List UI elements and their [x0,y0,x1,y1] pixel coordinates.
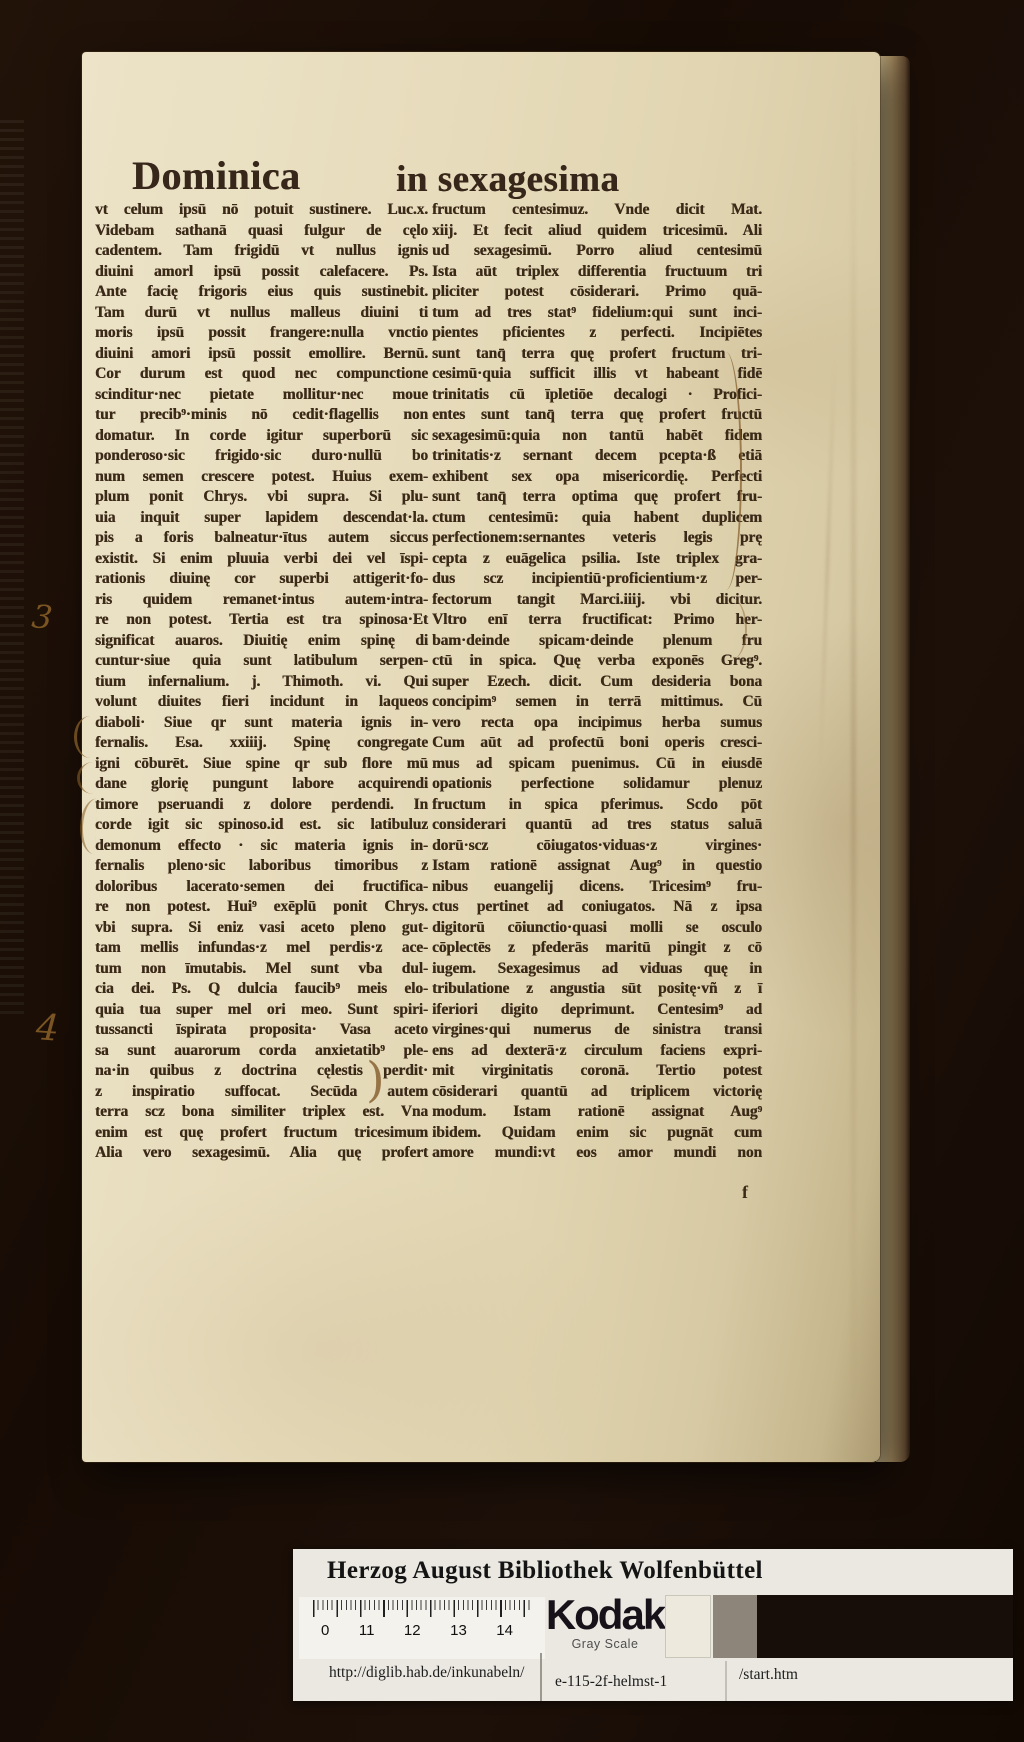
text-line: dorū·scz cōiugatos·viduas·z virgines· [432,836,762,857]
text-line: rationis diuinę cor superbi attigerit·fo… [95,569,428,590]
divider [540,1653,542,1701]
text-line: ud sexagesimū. Porro aliud centesimū [432,241,762,262]
page-crease [852,92,855,1412]
text-line: ris quidem remanet·intus autem·intra- [95,590,428,611]
text-line: Ista aūt triplex differentia fructuum tr… [432,262,762,283]
text-line: virgines·qui numerus de sinistra transi [432,1020,762,1041]
text-line: scinditur·nec pietate mollitur·nec moue [95,385,428,406]
text-line: pliciter potest cōsiderari. Primo quā- [432,282,762,303]
text-line: iferiori digito deprimunt. Centesim⁹ ad [432,1000,762,1021]
kodak-logo-text: Kodak [545,1593,665,1637]
text-line: sunt tanq̄ terra optima quę profert fru- [432,487,762,508]
text-line: sexagesimū:quia non tantū habēt fidem [432,426,762,447]
text-line: igni cōburēt. Siue spine qr sub flore mū [95,754,428,775]
running-title-right: in sexagesima [396,158,619,201]
text-line: perfectionem:sernantes veteris legis prę [432,528,762,549]
background-shelf-edge [0,120,24,1020]
marginal-paren: ) [366,1056,385,1104]
text-line: demonum effecto · sic materia ignis in- [95,836,428,857]
marginal-number-bottom: 4 [35,1007,61,1049]
marginal-number-top: 3 [30,597,54,637]
text-line: mit virginitatis coronā. Tertio potest [432,1061,762,1082]
text-column-right: fructum centesimuz. Vnde dicit Mat.xiij.… [432,200,762,1164]
text-line: vbi supra. Si eniz vasi aceto pleno gut- [95,918,428,939]
text-line: xiij. Et fecit aliud quidem tricesimū. A… [432,221,762,242]
text-line: Cum aūt ad profectū boni operis cresci- [432,733,762,754]
text-line: fructum centesimuz. Vnde dicit Mat. [432,200,762,221]
ruler-number: 13 [450,1621,467,1641]
text-line: cuntur·siue quia sunt latibulum serpen- [95,651,428,672]
signature-mark: f [742,1182,748,1202]
text-line: mus ad spicam puenimus. Cū in eiusdē [432,754,762,775]
start-page-label: /start.htm [739,1665,798,1685]
text-line: tum ad tres stat⁹ fidelium:qui sunt inci… [432,303,762,324]
text-line: cadentem. Tam frigidū vt nullus ignis [95,241,428,262]
ruler: 011121314 [299,1597,545,1659]
text-line: dane glorię pungunt labore acquirendi [95,774,428,795]
text-line: enim est quę profert fructum tricesimum [95,1123,428,1144]
text-line: tum non īmutabis. Mel sunt vba dul- [95,959,428,980]
ruler-number: 12 [404,1621,421,1641]
text-line: cōsiderari quantū ad triplicem victorię [432,1082,762,1103]
page-crease [819,352,837,772]
text-line: moris ipsū possit frangere:nulla vnctio [95,323,428,344]
text-line: existit. Si enim pluuia verbi dei vel īs… [95,549,428,570]
text-line: modum. Istam rationē assignat Aug⁹ [432,1102,762,1123]
book-gutter-edge [876,56,910,1462]
text-line: entes sunt tanq̄ terra quę profert fruct… [432,405,762,426]
text-line: vero recta opa incipimus herba sumus [432,713,762,734]
text-line: bam·deinde spicam·deinde plenum fru [432,631,762,652]
text-line: cesimū·quia sufficit illis vt habeant fi… [432,364,762,385]
text-line: diaboli· Siue qr sunt materia ignis in- [95,713,428,734]
text-line: super Ezech. dicit. Cum desideria bona [432,672,762,693]
text-line: timore pseruandi z dolore perdendi. In [95,795,428,816]
text-line: plum ponit Chrys. vbi supra. Si plu- [95,487,428,508]
text-line: Vltro enī terra fructificat: Primo her- [432,610,762,631]
grayscale-patch-dark [757,1595,1013,1658]
text-line: vt celum ipsū nō potuit sustinere. Luc.x… [95,200,428,221]
digital-library-url: http://diglib.hab.de/inkunabeln/ [329,1663,524,1683]
text-line: Alia vero sexagesimū. Alia quę profert [95,1143,428,1164]
text-line: Cor durum est quod nec compunctione [95,364,428,385]
text-line: cia dei. Ps. Q dulcia faucib⁹ meis elo- [95,979,428,1000]
text-line: tussancti īspirata proposita· Vasa aceto [95,1020,428,1041]
text-line: diuini amori ipsū possit emollire. Bernū… [95,344,428,365]
text-line: pis a foris balneatur·ītus autem siccus [95,528,428,549]
text-line: considerari quantū ad tres status saluā [432,815,762,836]
ruler-number: 0 [321,1621,329,1641]
text-line: ctus pertinet ad coniugatos. Nā z ipsa [432,897,762,918]
text-line: re non potest. Hui⁹ exēplū ponit Chrys. [95,897,428,918]
text-line: ens ad dexterā·z circulum faciens expri- [432,1041,762,1062]
divider [725,1661,727,1701]
text-line: tam mellis infundas·z mel perdis·z ace- [95,938,428,959]
text-line: ctū in spica. Quę verba exponēs Greg⁹. [432,651,762,672]
text-line: quia tua super mel ori meo. Sunt spiri- [95,1000,428,1021]
text-line: trinitatis·z sernant decem pcepta·ß etiā [432,446,762,467]
running-title-left: Dominica [132,152,300,199]
text-line: re non potest. Tertia est tra spinosa·Et [95,610,428,631]
text-line: digitorū cōiunctio·quasi molli se osculo [432,918,762,939]
text-line: Tam durū vt nullus malleus diuini ti [95,303,428,324]
text-line: tium infernalium. j. Thimoth. vi. Qui [95,672,428,693]
ruler-numbers: 011121314 [321,1621,513,1641]
library-name: Herzog August Bibliothek Wolfenbüttel [327,1554,763,1588]
text-line: Videbam sathanā quasi fulgur de cęlo [95,221,428,242]
ruler-number: 14 [496,1621,513,1641]
text-line: pientes pficientes z perfecti. Incipiēte… [432,323,762,344]
text-line: nibus euangelij dicens. Tricesim⁹ fru- [432,877,762,898]
text-line: num semen crescere potest. Huius exem- [95,467,428,488]
shelfmark-label: e-115-2f-helmst-1 [555,1672,667,1692]
grayscale-patch-light [665,1595,711,1658]
text-line: fectorum tangit Marci.iiij. vbi dicitur. [432,590,762,611]
text-line: corde igit sic spinoso.id est. sic latib… [95,815,428,836]
text-line: fernalis. Esa. xxiiij. Spinę congregate [95,733,428,754]
text-line: iugem. Sexagesimus ad viduas quę in [432,959,762,980]
text-line: volunt diuites fieri incidunt in laqueos [95,692,428,713]
text-line: cepta z euāgelica psilia. Iste triplex g… [432,549,762,570]
text-line: doloribus lacerato·semen dei fructifica- [95,877,428,898]
text-line: Istam rationē assignat Aug⁹ in questio [432,856,762,877]
text-line: ctum centesimū: quia habent duplicem [432,508,762,529]
text-line: fructum in spica pferimus. Scdo pōt [432,795,762,816]
text-line: concipim⁹ semen in terrā mittimus. Cū [432,692,762,713]
text-line: uia inquit super lapidem descendat·la. [95,508,428,529]
text-line: amore mundi:vt eos amor mundi non [432,1143,762,1164]
incunable-page: Dominica in sexagesima vt celum ipsū nō … [82,52,880,1462]
text-line: domatur. In corde igitur superborū sic [95,426,428,447]
text-line: fernalis pleno·sic laboribus timoribus z [95,856,428,877]
text-line: opationis perfectione solidamur plenuz [432,774,762,795]
text-line: tur precib⁹·minis nō cedit·flagellis non [95,405,428,426]
text-line: significat auaros. Diuitię enim spinę di [95,631,428,652]
text-line: ponderoso·sic frigido·sic duro·nullū bo [95,446,428,467]
text-line: tribulatione z angustia sūt positę·vñ z … [432,979,762,1000]
text-line: diuini amorl ipsū possit calefacere. Ps. [95,262,428,283]
grayscale-patch-mid [713,1595,757,1658]
ruler-number: 11 [359,1621,375,1641]
text-line: Ante facię frigoris eius quis sustinebit… [95,282,428,303]
kodak-calibration-strip: Herzog August Bibliothek Wolfenbüttel 01… [293,1549,1013,1701]
scanned-book-photo: Dominica in sexagesima vt celum ipsū nō … [0,0,1024,1742]
kodak-wordmark: Kodak Gray Scale [545,1593,665,1652]
ruler-ticks [313,1600,531,1617]
text-line: dus scz incipientiū·proficientium·z per- [432,569,762,590]
gray-scale-label: Gray Scale [545,1637,665,1652]
text-line: exhibent sex opa misericordię. Perfecti [432,467,762,488]
text-line: ibidem. Quidam enim sic pugnāt cum [432,1123,762,1144]
text-column-left: vt celum ipsū nō potuit sustinere. Luc.x… [95,200,428,1164]
text-line: trinitatis cū īpletiōe decalogi · Profic… [432,385,762,406]
text-line: sunt tanq̄ terra quę profert fructum tri… [432,344,762,365]
text-line: cōplectēs z pfederās maritū pingit z cō [432,938,762,959]
